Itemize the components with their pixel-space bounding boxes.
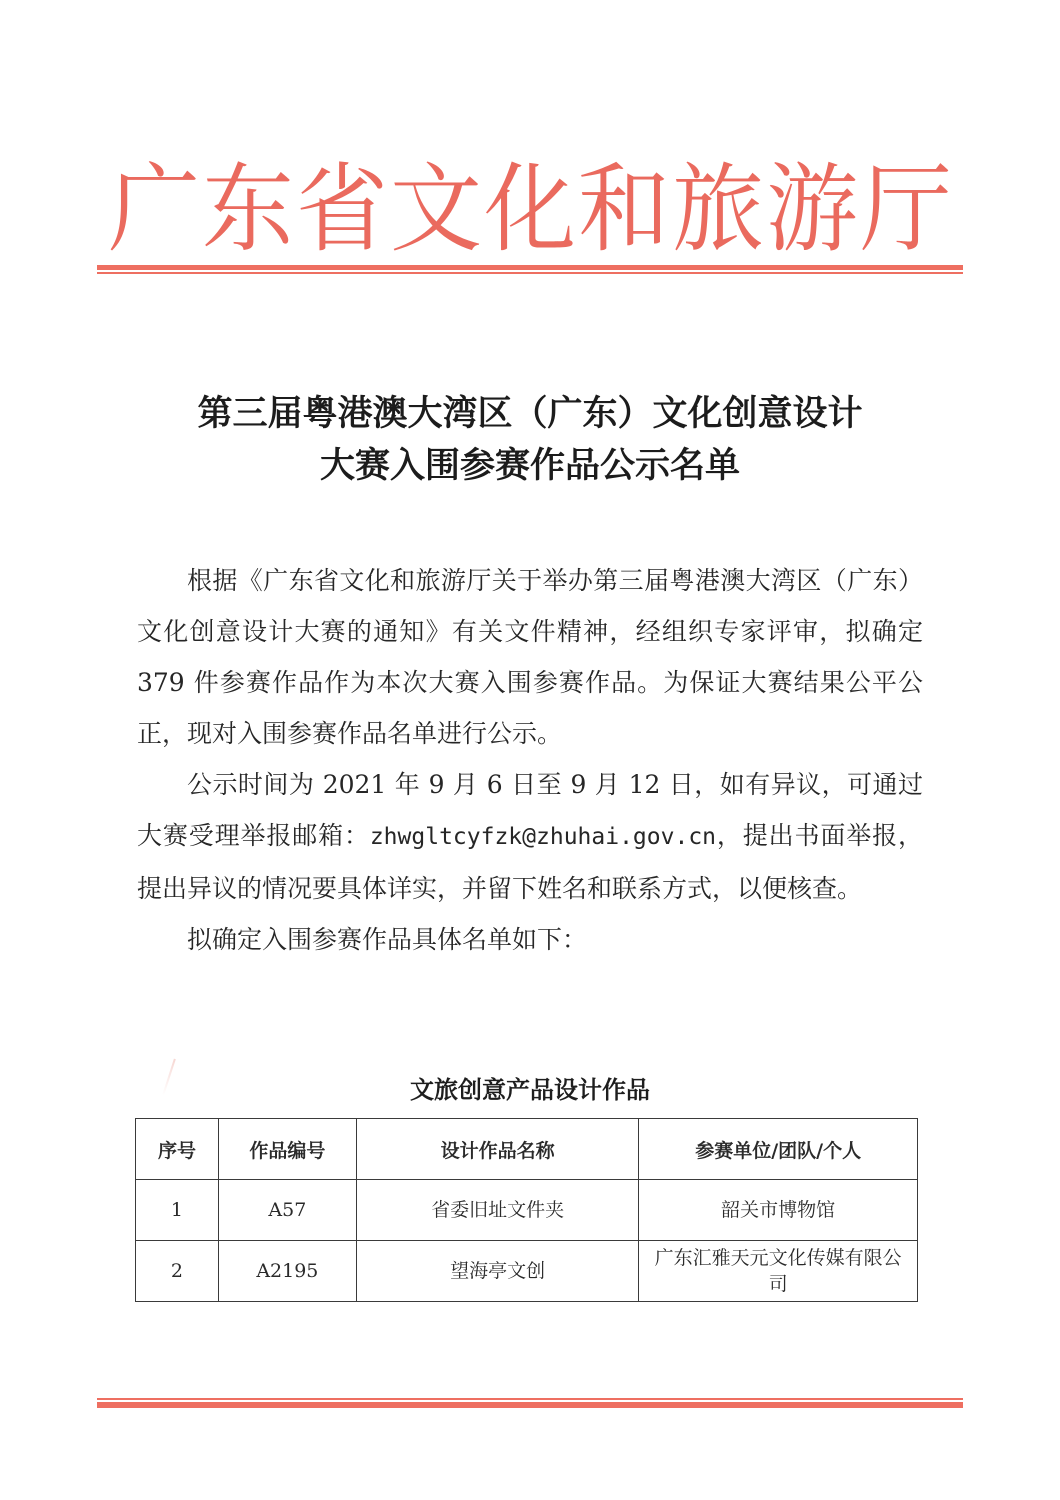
header-work-name: 设计作品名称: [356, 1119, 639, 1180]
table-row: 1 A57 省委旧址文件夹 韶关市博物馆: [136, 1180, 918, 1241]
document-title: 第三届粤港澳大湾区（广东）文化创意设计 大赛入围参赛作品公示名单: [100, 388, 960, 492]
paragraph-basis: 根据《广东省文化和旅游厅关于举办第三届粤港澳大湾区（广东）文化创意设计大赛的通知…: [137, 555, 923, 759]
header-serial-no: 序号: [136, 1119, 219, 1180]
header-entrant: 参赛单位/团队/个人: [639, 1119, 918, 1180]
table-row: 2 A2195 望海亭文创 广东汇雅天元文化传媒有限公司: [136, 1241, 918, 1302]
agency-masthead: 广东省文化和旅游厅: [96, 158, 966, 263]
cell-entrant: 韶关市博物馆: [639, 1180, 918, 1241]
footer-rule-thin: [97, 1398, 963, 1400]
title-line-2: 大赛入围参赛作品公示名单: [100, 440, 960, 492]
shortlist-table: 序号 作品编号 设计作品名称 参赛单位/团队/个人 1 A57 省委旧址文件夹 …: [135, 1118, 918, 1302]
masthead-rule-thin: [97, 272, 963, 274]
header-work-code: 作品编号: [218, 1119, 356, 1180]
report-email-link[interactable]: zhwgltcyfzk@zhuhai.gov.cn: [370, 824, 716, 850]
table-header-row: 序号 作品编号 设计作品名称 参赛单位/团队/个人: [136, 1119, 918, 1180]
paragraph-list-intro: 拟确定入围参赛作品具体名单如下：: [137, 914, 923, 965]
cell-serial-no: 1: [136, 1180, 219, 1241]
cell-work-name: 省委旧址文件夹: [356, 1180, 639, 1241]
document-body: 根据《广东省文化和旅游厅关于举办第三届粤港澳大湾区（广东）文化创意设计大赛的通知…: [137, 555, 923, 965]
title-line-1: 第三届粤港澳大湾区（广东）文化创意设计: [100, 388, 960, 440]
table-section-title: 文旅创意产品设计作品: [137, 1070, 923, 1105]
cell-serial-no: 2: [136, 1241, 219, 1302]
footer-rule-thick: [97, 1402, 963, 1408]
paragraph-notice-period: 公示时间为 2021 年 9 月 6 日至 9 月 12 日，如有异议，可通过大…: [137, 759, 923, 914]
cell-work-code: A57: [218, 1180, 356, 1241]
cell-work-code: A2195: [218, 1241, 356, 1302]
masthead-rule-thick: [97, 265, 963, 270]
cell-entrant: 广东汇雅天元文化传媒有限公司: [639, 1241, 918, 1302]
cell-work-name: 望海亭文创: [356, 1241, 639, 1302]
